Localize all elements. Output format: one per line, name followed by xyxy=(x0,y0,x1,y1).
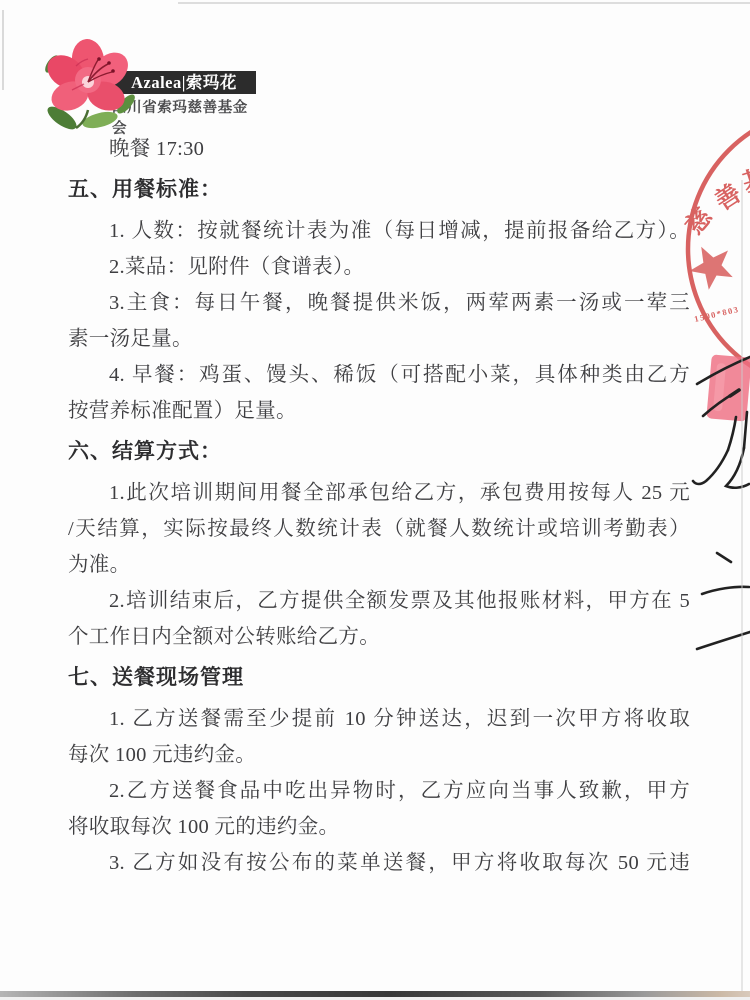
text-line: 3.主食：每日午餐，晚餐提供米饭，两荤两素一汤或一荤三 xyxy=(68,285,690,321)
text-line: 2.乙方送餐食品中吃出异物时，乙方应向当事人致歉，甲方 xyxy=(68,773,690,809)
text-line: 2.菜品：见附件（食谱表）。 xyxy=(68,249,690,285)
text-line: 4. 早餐：鸡蛋、馒头、稀饭（可搭配小菜，具体种类由乙方 xyxy=(68,357,690,393)
seal-char: 善 xyxy=(710,179,746,216)
text-line: 1. 人数：按就餐统计表为准（每日增减，提前报备给乙方）。 xyxy=(68,213,690,249)
document-body: 晚餐 17:30五、用餐标准：1. 人数：按就餐统计表为准（每日增减，提前报备给… xyxy=(68,131,690,881)
text-line: 晚餐 17:30 xyxy=(68,131,690,167)
text-line: 个工作日内全额对公转账给乙方。 xyxy=(68,619,690,655)
text-line: 按营养标准配置）足量。 xyxy=(68,393,690,429)
text-line: 1. 乙方送餐需至少提前 10 分钟送达，迟到一次甲方将收取 xyxy=(68,701,690,737)
text-line: 为准。 xyxy=(68,547,690,583)
text-line: 素一汤足量。 xyxy=(68,321,690,357)
text-line: /天结算，实际按最终人数统计表（就餐人数统计或培训考勤表） xyxy=(68,511,690,547)
text-line: 将收取每次 100 元的违约金。 xyxy=(68,809,690,845)
text-line: 2.培训结束后，乙方提供全额发票及其他报账材料，甲方在 5 xyxy=(68,583,690,619)
text-line: 每次 100 元违约金。 xyxy=(68,737,690,773)
foundation-logo: Azalea|索玛花 四川省索玛慈善基金会 xyxy=(0,0,300,140)
text-line: 五、用餐标准： xyxy=(68,172,690,208)
star-icon xyxy=(689,247,732,290)
text-line: 七、送餐现场管理 xyxy=(68,660,690,696)
azalea-flower-icon xyxy=(36,38,148,134)
text-line: 六、结算方式： xyxy=(68,434,690,470)
highlight-mark xyxy=(706,354,750,421)
text-line: 1.此次培训期间用餐全部承包给乙方，承包费用按每人 25 元 xyxy=(68,475,690,511)
seal-char: 基 xyxy=(739,163,750,197)
text-line: 3. 乙方如没有按公布的菜单送餐，甲方将收取每次 50 元违 xyxy=(68,845,690,881)
handwritten-signature-mark xyxy=(693,357,750,649)
seal-serial: 1500*803 xyxy=(693,304,740,324)
scanned-document-page: Azalea|索玛花 四川省索玛慈善基金会 xyxy=(0,0,750,1000)
